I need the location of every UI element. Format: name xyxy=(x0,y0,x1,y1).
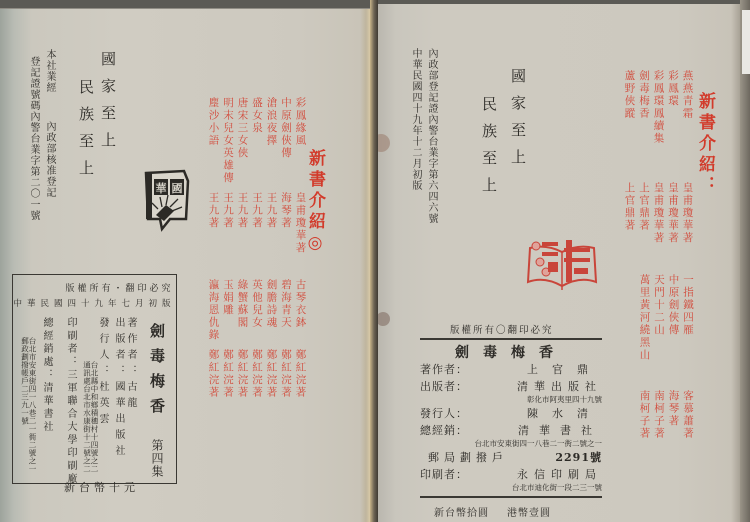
row-value: 清華出版社 xyxy=(517,378,602,394)
right-new-books-mid-titles: 一指鐵四雁 中原劍俠傳 天門十二山 萬里黃河繞黑山 xyxy=(639,274,693,362)
book-title: 蘆野俠蹤 xyxy=(624,70,635,145)
colophon-row-issuer: 發行人：陳水清 xyxy=(420,404,602,421)
book-author: 南柯子著 xyxy=(639,390,650,440)
book-author: 鄭紅浣著 xyxy=(223,349,234,399)
right-motto-col1: 國家至上 xyxy=(510,68,525,176)
book-author: 海琴著 xyxy=(281,192,292,255)
colophon-book-title: 劍毒梅香 xyxy=(149,323,164,423)
book-author: 鄭紅浣著 xyxy=(252,349,263,399)
colophon-book-title: 劍毒梅香 xyxy=(420,340,602,360)
book-author: 鄭紅浣著 xyxy=(237,349,248,399)
left-registration-col2: 登記證號碼內警台業字第二〇一號 xyxy=(28,56,38,221)
left-motto-col2: 民族至上 xyxy=(78,79,93,187)
row-label: 出版者： xyxy=(420,378,468,394)
book-title: 明末兒女英雄傳 xyxy=(223,97,234,185)
row-label: 發行人： xyxy=(420,405,468,421)
book-title: 燕燕青霜 xyxy=(682,70,693,145)
left-new-books-bottom-titles: 古琴衣鉢 碧海青天 劍膽詩魂 英他兒女 綠蟹蘇閣 玉娟雕 瀛海恩仇錄 xyxy=(208,279,306,342)
colophon-printer: 印刷者：三軍聯合大學印刷廠 xyxy=(65,317,75,486)
row-label: 總經銷： xyxy=(420,422,468,438)
right-new-books-heading: 新書介紹： xyxy=(696,92,713,197)
book-author: 上官鼎著 xyxy=(624,182,635,245)
price-hk: 港幣壹圓 xyxy=(507,504,551,519)
colophon-rights: 版權所有・翻印必究 xyxy=(13,281,176,294)
book-title: 一指鐵四雁 xyxy=(683,274,694,362)
book-author: 皇甫瓊華著 xyxy=(668,182,679,245)
row-value: 2291號 xyxy=(555,449,602,465)
colophon-distributor-address: 台北市安東街四一八巷二一衖二號之一 xyxy=(420,438,602,448)
logo-char-guo: 國 xyxy=(172,181,183,195)
right-new-books-bottom-authors: 客慕蕭著 海琴著 南柯子著 南柯子著 xyxy=(639,390,693,440)
logo-char-hua: 華 xyxy=(156,181,167,195)
book-author: 上官鼎著 xyxy=(639,182,650,245)
colophon-rights: 版權所有〇翻印必究 xyxy=(420,322,602,336)
book-title: 彩鳳環鳳續集 xyxy=(653,70,664,145)
qinghua-open-book-logo-icon xyxy=(522,234,602,296)
left-price: 新台幣十元 xyxy=(64,479,139,495)
book-title: 碧海青天 xyxy=(281,279,292,342)
book-title: 中原劍俠傳 xyxy=(281,97,292,185)
left-page: 本社業經 內政部核准登記 登記證號碼內警台業字第二〇一號 國家至上 民族至上 華… xyxy=(0,8,372,522)
book-spine-gutter xyxy=(370,0,378,522)
book-title: 彩鳳環 xyxy=(668,70,679,145)
row-label: 著作者： xyxy=(420,361,468,377)
colophon-volume: 第四集 xyxy=(151,439,163,478)
colophon-prices: 新台幣拾圓 港幣壹圓 xyxy=(420,498,602,519)
left-new-books-heading: 新書介紹◎ xyxy=(306,149,323,257)
left-new-books-bottom-authors: 鄭紅浣著 鄭紅浣著 鄭紅浣著 鄭紅浣著 鄭紅浣著 鄭紅浣著 鄭紅浣著 xyxy=(208,349,306,399)
row-value: 清華書社 xyxy=(518,422,602,438)
book-author: 鄭紅浣著 xyxy=(281,349,292,399)
book-title: 中原劍俠傳 xyxy=(668,274,679,362)
book-author: 南柯子著 xyxy=(654,390,665,440)
book-author: 鄭紅浣著 xyxy=(266,349,277,399)
colophon-distributor: 總經銷處：清華書社 xyxy=(41,317,51,434)
book-author: 皇甫瓊華著 xyxy=(295,192,306,255)
colophon-publisher: 出版者：國華出版社 xyxy=(113,317,123,461)
right-registration-col1: 內政部登記證內警台業字第六四六號 xyxy=(426,48,436,224)
book-title: 天門十二山 xyxy=(654,274,665,362)
left-new-books-top-authors: 皇甫瓊華著 海琴著 王九著 王九著 王九著 王九著 王九著 xyxy=(208,192,306,255)
registration-text: 本社業經 xyxy=(44,49,55,93)
colophon-printer-address: 台北市迪化街一段二三一號 xyxy=(420,482,602,492)
price-tw: 新台幣拾圓 xyxy=(434,504,489,519)
right-page-edge xyxy=(740,0,750,522)
colophon-author: 著作者：古龍 xyxy=(125,317,135,413)
book-author: 王九著 xyxy=(208,192,219,255)
book-author: 王九著 xyxy=(223,192,234,255)
colophon-row-publisher: 出版者：清華出版社 xyxy=(420,377,602,394)
right-registration-col2: 中華民國四十九年十二月初版 xyxy=(410,48,420,191)
book-author: 海琴著 xyxy=(668,390,679,440)
left-registration-col1: 本社業經 xyxy=(44,49,54,103)
book-author: 王九著 xyxy=(252,192,263,255)
right-new-books-top-authors: 皇甫瓊華著 皇甫瓊華著 皇甫瓊華著 上官鼎著 上官鼎著 xyxy=(624,182,693,245)
book-title: 綠蟹蘇閣 xyxy=(237,279,248,342)
book-title: 瀛海恩仇錄 xyxy=(208,279,219,342)
colophon-row-printer: 印刷者：永信印刷局 xyxy=(420,465,602,482)
right-colophon: 版權所有〇翻印必究 劍毒梅香 著作者：上官鼎 出版者：清華出版社 彰化市阿夷里四… xyxy=(420,322,602,519)
left-new-books-top-titles: 彩鳳緣風 中原劍俠傳 滄浪夜擇 盛女泉 唐宋三女俠 明末兒女英雄傳 塵沙小語 xyxy=(208,97,306,185)
row-label: 郵局劃撥戶 xyxy=(420,449,508,465)
book-title: 盛女泉 xyxy=(252,97,263,185)
book-author: 皇甫瓊華著 xyxy=(682,182,693,245)
colophon-issuer-address: 台北縣中和鄉積穗村十四號之二 通訊處台北市水康街十二號之二 xyxy=(83,361,98,481)
left-colophon-box: 版權所有・翻印必究 中華民國四十九年七月初版 劍毒梅香 第四集 著作者：古龍 出… xyxy=(12,274,177,484)
book-author: 王九著 xyxy=(266,192,277,255)
left-registration-col1b: 內政部核准登記 xyxy=(44,121,54,198)
colophon-date: 中華民國四十九年七月初版 xyxy=(13,297,176,309)
colophon-publisher-address: 彰化市阿夷里四十九號 xyxy=(420,394,602,404)
right-motto-col2: 民族至上 xyxy=(481,96,496,204)
colophon-row-postal-account: 郵局劃撥戶2291號 xyxy=(420,448,602,465)
book-title: 劍毒梅香 xyxy=(639,70,650,145)
book-author: 王九著 xyxy=(237,192,248,255)
book-title: 英他兒女 xyxy=(252,279,263,342)
book-title: 滄浪夜擇 xyxy=(266,97,277,185)
book-title: 彩鳳緣風 xyxy=(295,97,306,185)
colophon-distributor-address: 台北市安東街四一八巷二一衖二號之一 郵政劃撥帳戶二三九一號 xyxy=(21,337,36,477)
book-author: 鄭紅浣著 xyxy=(295,349,306,399)
paper-tab xyxy=(742,10,750,74)
right-new-books-top-titles: 燕燕青霜 彩鳳環 彩鳳環鳳續集 劍毒梅香 蘆野俠蹤 xyxy=(624,70,693,145)
book-author: 鄭紅浣著 xyxy=(208,349,219,399)
row-value: 永信印刷局 xyxy=(517,466,602,482)
book-title: 萬里黃河繞黑山 xyxy=(639,274,650,362)
book-title: 塵沙小語 xyxy=(208,97,219,185)
row-label: 印刷者： xyxy=(420,466,468,482)
book-title: 劍膽詩魂 xyxy=(266,279,277,342)
book-title: 玉娟雕 xyxy=(223,279,234,342)
book-title: 古琴衣鉢 xyxy=(295,279,306,342)
book-author: 皇甫瓊華著 xyxy=(653,182,664,245)
book-title: 唐宋三女俠 xyxy=(237,97,248,185)
left-motto-col1: 國家至上 xyxy=(100,51,115,159)
row-value: 上官鼎 xyxy=(527,361,602,377)
row-value: 陳水清 xyxy=(527,405,602,421)
guohua-publisher-logo-icon: 華 國 xyxy=(140,167,192,235)
book-author: 客慕蕭著 xyxy=(683,390,694,440)
colophon-row-distributor: 總經銷：清華書社 xyxy=(420,421,602,438)
stain-mark xyxy=(376,312,390,326)
colophon-row-author: 著作者：上官鼎 xyxy=(420,360,602,377)
